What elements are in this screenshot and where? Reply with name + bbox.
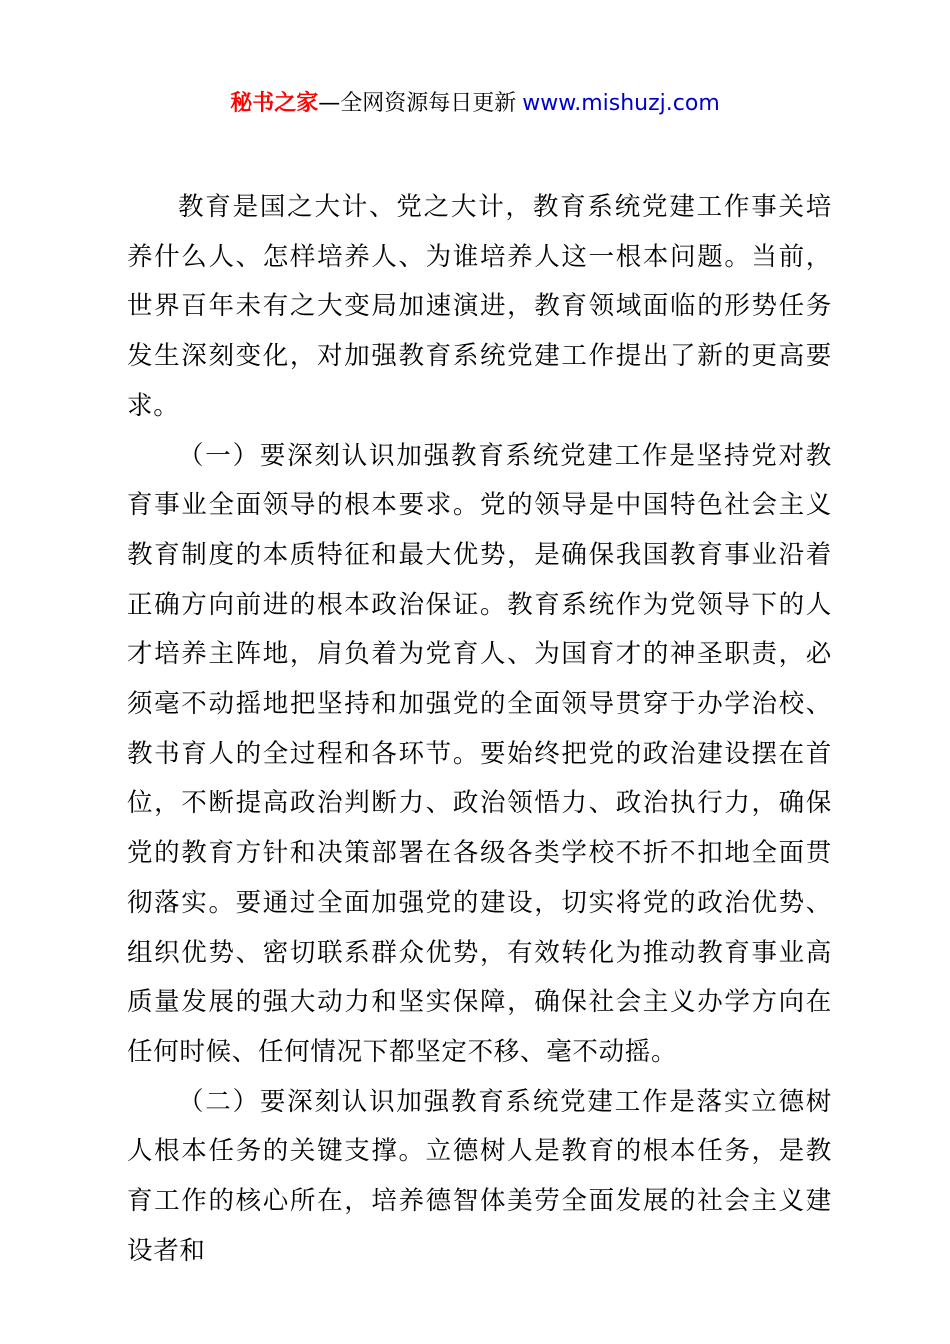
brand-name: 秘书之家 — [230, 91, 318, 116]
document-body: 教育是国之大计、党之大计，教育系统党建工作事关培养什么人、怎样培养人、为谁培养人… — [127, 183, 832, 1276]
site-url-link[interactable]: www.mishuzj.com — [522, 91, 719, 116]
header-slogan: —全网资源每日更新 — [318, 91, 516, 116]
paragraph-section-2: （二）要深刻认识加强教育系统党建工作是落实立德树人根本任务的关键支撑。立德树人是… — [127, 1078, 832, 1277]
paragraph-intro: 教育是国之大计、党之大计，教育系统党建工作事关培养什么人、怎样培养人、为谁培养人… — [127, 183, 832, 432]
paragraph-section-1: （一）要深刻认识加强教育系统党建工作是坚持党对教育事业全面领导的根本要求。党的领… — [127, 432, 832, 1078]
site-header: 秘书之家—全网资源每日更新www.mishuzj.com — [0, 88, 950, 120]
